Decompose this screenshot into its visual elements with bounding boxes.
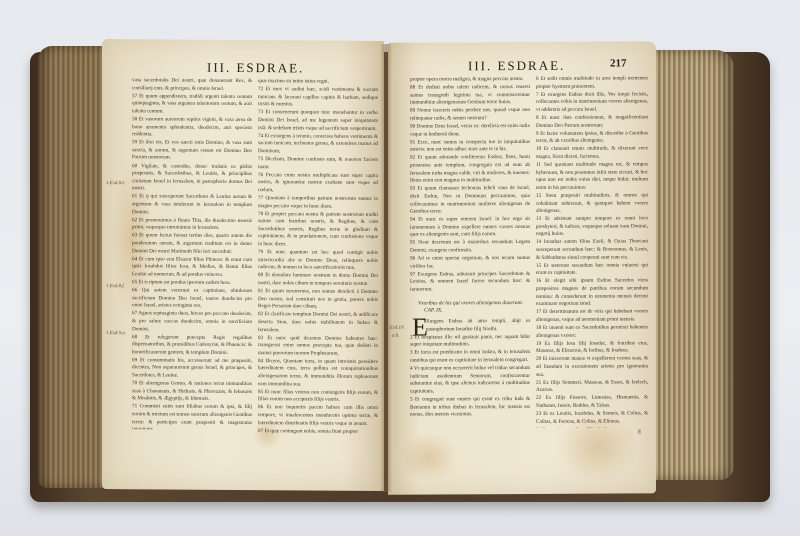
book-gutter <box>380 44 392 492</box>
verse: 72 Et mox vt audiui hæc, scidi vestiment… <box>258 86 378 110</box>
left-page-block-edge <box>38 46 104 488</box>
verse: 83 Et nunc quid dicemus Domine habentes … <box>258 335 378 359</box>
verse: 91 Ecce, nunc sumus in conspectu tuo in … <box>410 139 530 155</box>
verse: 22 Ex filijs Fossore, Limosias, Hismaeni… <box>536 395 648 411</box>
verse: 19 Ex filijs Iesu filij Iosedec, & fratr… <box>536 340 648 356</box>
running-head: III. ESDRAE. <box>468 58 565 75</box>
verse: 70 Et alienigenas Gentes, & nationes ter… <box>132 380 252 404</box>
text-column: vasa sacerdotalis Dei nostri, quæ donaue… <box>132 77 252 430</box>
verse: 66 Qui autem venerunt ex captiuitate, ob… <box>132 287 252 311</box>
verse: 77 Quoniam à temporibus patrum nostrorum… <box>258 195 378 211</box>
verse: 6 Et sedit omnis multitudo in area templ… <box>536 75 648 91</box>
verse: 81 Et quum seruiremus, non sumus derelic… <box>258 288 378 312</box>
text-column: propter opera nostra maligna, & magna pe… <box>410 76 530 299</box>
verse: 3 Et facta est prædicatio in omni Iudæa,… <box>410 349 530 365</box>
verse: 10 Et clamauit omnis multitudo, & dixeru… <box>536 146 648 162</box>
margin-note: 1.Esd.8.f. <box>106 284 125 289</box>
verse: 15 Et steterunt secundum hæc omnia vniue… <box>536 262 648 278</box>
chapter-summary: Vxoribus de his qui vxores alienigenas d… <box>418 300 530 315</box>
verse: 18 Et inuenti sunt ex Sacerdotibus permi… <box>536 324 648 340</box>
margin-note: 1.Esd.8.e. <box>106 181 126 186</box>
verse: quæ maximo sit initio istius regni. <box>258 78 378 86</box>
verse: 92 Et quum adorando confiteretur Esdras,… <box>410 154 530 185</box>
verse: 80 Et denudare luminare nostrum in domo … <box>258 272 378 288</box>
margin-note: a.b. <box>392 334 400 339</box>
verse: 67 Agnos septuaginta duos, hircos pro pe… <box>132 311 252 335</box>
verse: 89 Nonne irasceris nobis perdere nos, qu… <box>410 107 530 123</box>
verse: 64 Et cum ipso erat Eleazar filius Phine… <box>132 256 252 280</box>
page-number: 217 <box>610 57 627 69</box>
text-column: quæ maximo sit initio istius regni.72 Et… <box>258 78 378 439</box>
verse: 57 Et quum appendissem, tradidi argenti … <box>132 93 252 117</box>
verse: 23 Et ex Leuitis, Iozabdus, & Semeis, & … <box>536 410 648 426</box>
verse: 97 Exurgens Esdras, adiurauit principes … <box>410 271 530 294</box>
left-page: III. ESDRAE. vasa sacerdotalis Dei nostr… <box>102 39 384 491</box>
running-head: III. ESDRAE. <box>207 60 304 77</box>
verse: 12 Stent præpositi multitudinis, & omnes… <box>536 192 648 215</box>
verse: 84 Dicens, Quoniam terra, in quam introi… <box>258 358 378 389</box>
verse: 58 Et vasorum aureorum septies viginti, … <box>132 116 252 140</box>
verse: 76 Peccata enim nostra multiplicata sunt… <box>258 172 378 196</box>
verse: 2 Et hospitatus illic nil gustauit panis… <box>410 334 530 350</box>
text-column: Xurgens Esdras ab atrio templi, abijt in… <box>410 318 530 429</box>
verse: 5 Et congregati sunt omnes qui erant ex … <box>410 396 530 419</box>
verse: 20 Et iniecerunt manus vt expellerent vx… <box>536 356 648 379</box>
verse: 14 Ionathas autem filius Ezeli, & Ozias … <box>536 239 648 262</box>
verse: 74 Et exsurgens à ieiunio, conscissa hab… <box>258 133 378 157</box>
verse: 9 Et facite voluntatem ipsius, & discedi… <box>536 130 648 146</box>
water-stain <box>398 432 458 482</box>
margin-note: 1.Esd.9.a. <box>106 331 126 336</box>
verse: 71 Commisti enim sunt filiabus eorum & i… <box>132 404 252 430</box>
verse: 65 Et scriptum est pondus ipsorum eadem … <box>132 279 252 287</box>
verse: 88 Et dedisti nobis talem radicem, & rur… <box>410 84 530 107</box>
verse: propter opera nostra maligna, & magna pe… <box>410 76 530 84</box>
verse: 62 Et promouimus à fluuio Thia, die duod… <box>132 217 252 233</box>
verse: 78 Et propter peccata nostra & patrum no… <box>258 211 378 250</box>
verse: 93 Et quum clamasset Iechonias Ieheli vn… <box>410 185 530 216</box>
verse: Xurgens Esdras ab atrio templi, abijt in… <box>410 318 530 334</box>
verse: 63 Et quum factus fuisset tertius dies, … <box>132 233 252 257</box>
verse: 17 Et determinatum est de viris qui habe… <box>536 309 648 325</box>
verse: 60 Vigilate, & custodite, donec tradatis… <box>132 163 252 194</box>
verse: 68 Et relegerunt præcepta Regis regalibu… <box>132 334 252 358</box>
verse: vasa sacerdotalis Dei nostri, quæ donaue… <box>132 77 252 93</box>
verse: 79 Et nunc quantum est hoc quod contigit… <box>258 249 378 273</box>
verse: 61 Et ij qui susceperunt Sacerdotes & Le… <box>132 194 252 218</box>
verse: 11 Sed quoniam multitudo magna est, & te… <box>536 161 648 192</box>
right-page-block-edge <box>654 50 734 480</box>
verse: 85 Et nunc filias vestras non coniungeti… <box>258 389 378 405</box>
verse: 90 Domine Deus Israel, verax es: derelic… <box>410 123 530 139</box>
verse: 59 Et dixi eis, Et vos sancti estis Domi… <box>132 139 252 163</box>
verse: 16 Et elegit sibi ipsum Esdras Sacerdos … <box>536 278 648 309</box>
verse: 87 Et quæ contingunt nobis, omnia fiunt … <box>258 428 378 436</box>
verse: 4 Vt quicunque non occurrerit biduo vel … <box>410 365 530 396</box>
verse: 96 Ad te enim spectat negotium, & nos te… <box>410 255 530 271</box>
verse: 82 Et clarificare templum Domini Dei nos… <box>258 311 378 335</box>
text-column: 6 Et sedit omnis multitudo in area templ… <box>536 75 648 428</box>
verse: 8 Et nunc date confessionem, & magnifice… <box>536 114 648 130</box>
verse: 86 Et non inquiretis pacem habere cum il… <box>258 405 378 429</box>
chapter-summary-text: Vxoribus de his qui vxores alienigenas d… <box>418 300 523 307</box>
book-photo: III. ESDRAE. vasa sacerdotalis Dei nostr… <box>0 0 800 536</box>
verse: 95 Sicut decretum est à maioribus secund… <box>410 239 530 255</box>
verse: 69 Et consummatis his, accesserunt ad me… <box>132 357 252 381</box>
verse: 94 Et nunc es super omnem Israel: in hoc… <box>410 216 530 239</box>
catchword: E <box>638 429 641 435</box>
verse: 21 Ex filijs Semmeri, Masseas, & Esses, … <box>536 379 648 395</box>
verse: 7 Et exurgens Esdras dixit illis, Vos in… <box>536 91 648 114</box>
verse: 13 Et adsistant sumpto tempore ex omni l… <box>536 216 648 239</box>
right-page: III. ESDRAE. 217 propter opera nostra ma… <box>388 41 656 494</box>
verse: 75 Dicebam, Domine confusus sum, & reuer… <box>258 156 378 172</box>
verse: 73 Et conuenerunt quotquot tunc mouebant… <box>258 109 378 133</box>
